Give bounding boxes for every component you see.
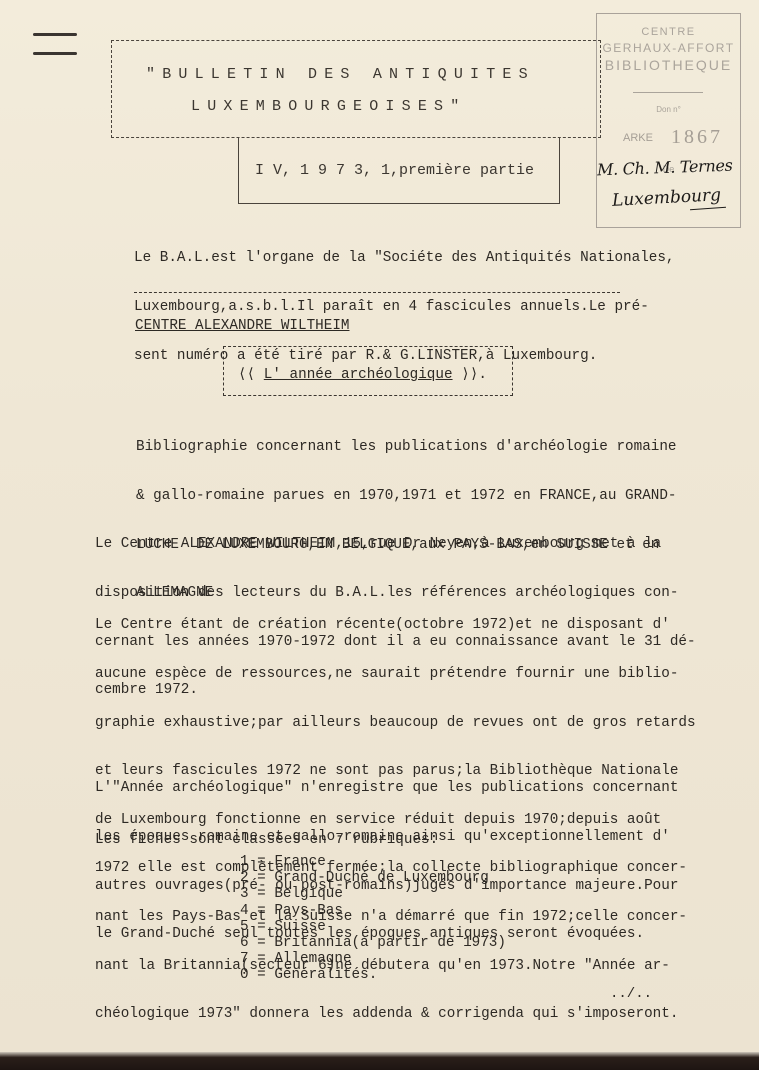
rubriques-intro: Les fiches sont classées en 7 rubriques: bbox=[95, 832, 438, 848]
section-divider bbox=[134, 292, 620, 293]
list-item: 0 = Généralités. bbox=[240, 967, 506, 983]
section-heading: CENTRE ALEXANDRE WILTHEIM bbox=[135, 318, 350, 334]
list-item: 3 = Belgique bbox=[240, 886, 506, 902]
text-line: Le Centre ALEXANDRE WILTHEIM,15,rue Dr.N… bbox=[95, 536, 696, 552]
text-line: Le Centre étant de création récente(octo… bbox=[95, 617, 696, 633]
stamp-line-3: BIBLIOTHEQUE bbox=[597, 57, 740, 74]
text-line: Bibliographie concernant les publication… bbox=[136, 439, 677, 455]
list-item: 4 = Pays-Bas bbox=[240, 903, 506, 919]
text-line: Luxembourg,a.s.b.l.Il paraît en 4 fascic… bbox=[134, 299, 675, 315]
page-bottom-edge bbox=[0, 1052, 759, 1070]
staple-mark bbox=[33, 33, 77, 36]
text-line: & gallo-romaine parues en 1970,1971 et 1… bbox=[136, 488, 677, 504]
text-line: graphie exhaustive;par ailleurs beaucoup… bbox=[95, 715, 696, 731]
list-item: 7 = Allemagne bbox=[240, 951, 506, 967]
annee-title-text: L' année archéologique bbox=[264, 367, 453, 383]
stamp-line-2: GERHAUX-AFFORT bbox=[597, 40, 740, 57]
text-line: aucune espèce de ressources,ne saurait p… bbox=[95, 666, 696, 682]
annee-title: ⟨⟨ L' année archéologique ⟩⟩. bbox=[238, 366, 487, 383]
list-item: 5 = Suisse bbox=[240, 919, 506, 935]
rubriques-list: 1 = France 2 = Grand-Duché de Luxembourg… bbox=[240, 854, 506, 984]
bulletin-title-line-1: "BULLETIN DES ANTIQUITES bbox=[146, 66, 634, 83]
bulletin-title-box: "BULLETIN DES ANTIQUITES LUXEMBOURGEOISE… bbox=[111, 40, 601, 138]
continued-marker: ../.. bbox=[610, 986, 652, 1002]
close-guillemets: ⟩⟩. bbox=[453, 367, 487, 383]
issue-label: I V, 1 9 7 3, 1,première partie bbox=[255, 162, 534, 179]
list-item: 1 = France bbox=[240, 854, 506, 870]
list-item: 6 = Britannia(à partir de 1973) bbox=[240, 935, 506, 951]
stamp-divider bbox=[633, 92, 703, 93]
stamp-arke-label: ARKE bbox=[623, 132, 653, 144]
open-guillemets: ⟨⟨ bbox=[238, 367, 264, 383]
stamp-don-label: Don n° bbox=[597, 105, 740, 114]
stamp-line-1: CENTRE bbox=[597, 24, 740, 41]
annee-title-box: ⟨⟨ L' année archéologique ⟩⟩. bbox=[223, 346, 513, 396]
text-line: L'"Année archéologique" n'enregistre que… bbox=[95, 780, 678, 796]
staple-mark bbox=[33, 52, 77, 55]
stamp-number: 1867 bbox=[671, 126, 723, 149]
issue-box: I V, 1 9 7 3, 1,première partie bbox=[238, 137, 560, 204]
list-item: 2 = Grand-Duché de Luxembourg bbox=[240, 870, 506, 886]
text-line: chéologique 1973" donnera les addenda & … bbox=[95, 1006, 696, 1022]
text-line: Le B.A.L.est l'organe de la "Sociéte des… bbox=[134, 250, 675, 266]
document-page: "BULLETIN DES ANTIQUITES LUXEMBOURGEOISE… bbox=[0, 0, 759, 1052]
